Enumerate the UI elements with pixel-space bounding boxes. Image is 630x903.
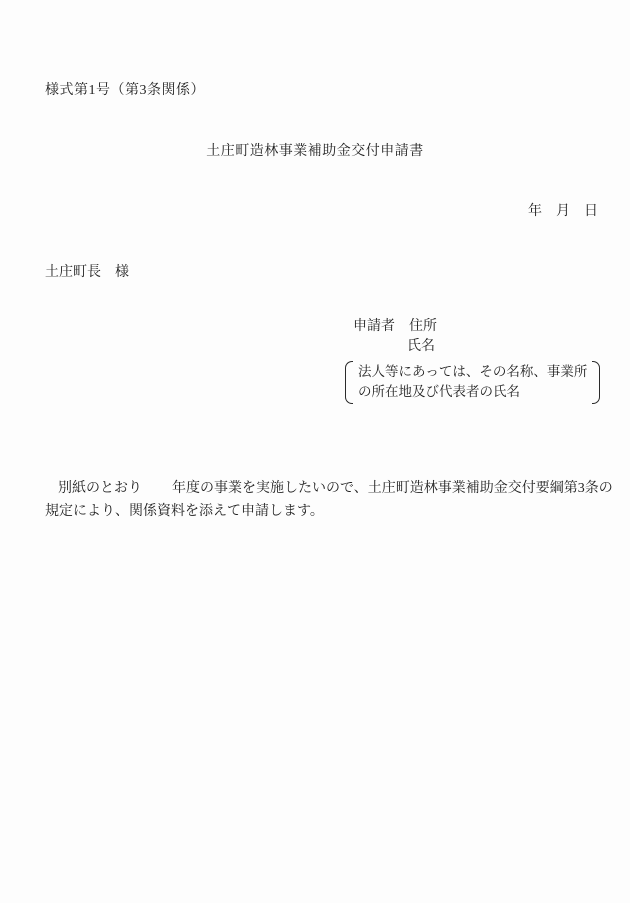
left-bracket <box>345 361 353 404</box>
right-bracket <box>592 361 600 404</box>
body-line1-rest: 年度の事業を実施したいので、土庄町造林事業補助金交付要綱第3条の <box>172 481 613 496</box>
year-blank-space <box>142 491 172 492</box>
document-title: 土庄町造林事業補助金交付申請書 <box>0 140 630 160</box>
body-line1: 別紙のとおり年度の事業を実施したいので、土庄町造林事業補助金交付要綱第3条の <box>45 477 613 500</box>
corporate-note-line2: の所在地及び代表者の氏名 <box>358 382 587 402</box>
applicant-block: 申請者住所 氏名 法人等にあっては、その名称、事業所 の所在地及び代表者の氏名 <box>345 317 600 404</box>
form-number-label: 様式第1号（第3条関係） <box>45 79 205 99</box>
corporate-note: 法人等にあっては、その名称、事業所 の所在地及び代表者の氏名 <box>345 361 600 404</box>
name-label: 氏名 <box>407 339 435 354</box>
body-paragraph: 別紙のとおり年度の事業を実施したいので、土庄町造林事業補助金交付要綱第3条の 規… <box>45 477 613 523</box>
corporate-note-line1: 法人等にあっては、その名称、事業所 <box>358 362 587 382</box>
body-line2: 規定により、関係資料を添えて申請します。 <box>45 500 613 523</box>
addressee-line: 土庄町長 様 <box>45 261 129 281</box>
date-line: 年 月 日 <box>528 200 598 220</box>
applicant-name-row: 氏名 <box>345 337 600 357</box>
address-label: 住所 <box>409 319 437 334</box>
application-form-page: 様式第1号（第3条関係） 土庄町造林事業補助金交付申請書 年 月 日 土庄町長 … <box>0 0 630 903</box>
applicant-address-row: 申請者住所 <box>345 317 600 337</box>
corporate-note-text: 法人等にあっては、その名称、事業所 の所在地及び代表者の氏名 <box>353 361 592 404</box>
applicant-label: 申請者 <box>353 319 395 334</box>
body-line1-lead: 別紙のとおり <box>58 481 142 496</box>
